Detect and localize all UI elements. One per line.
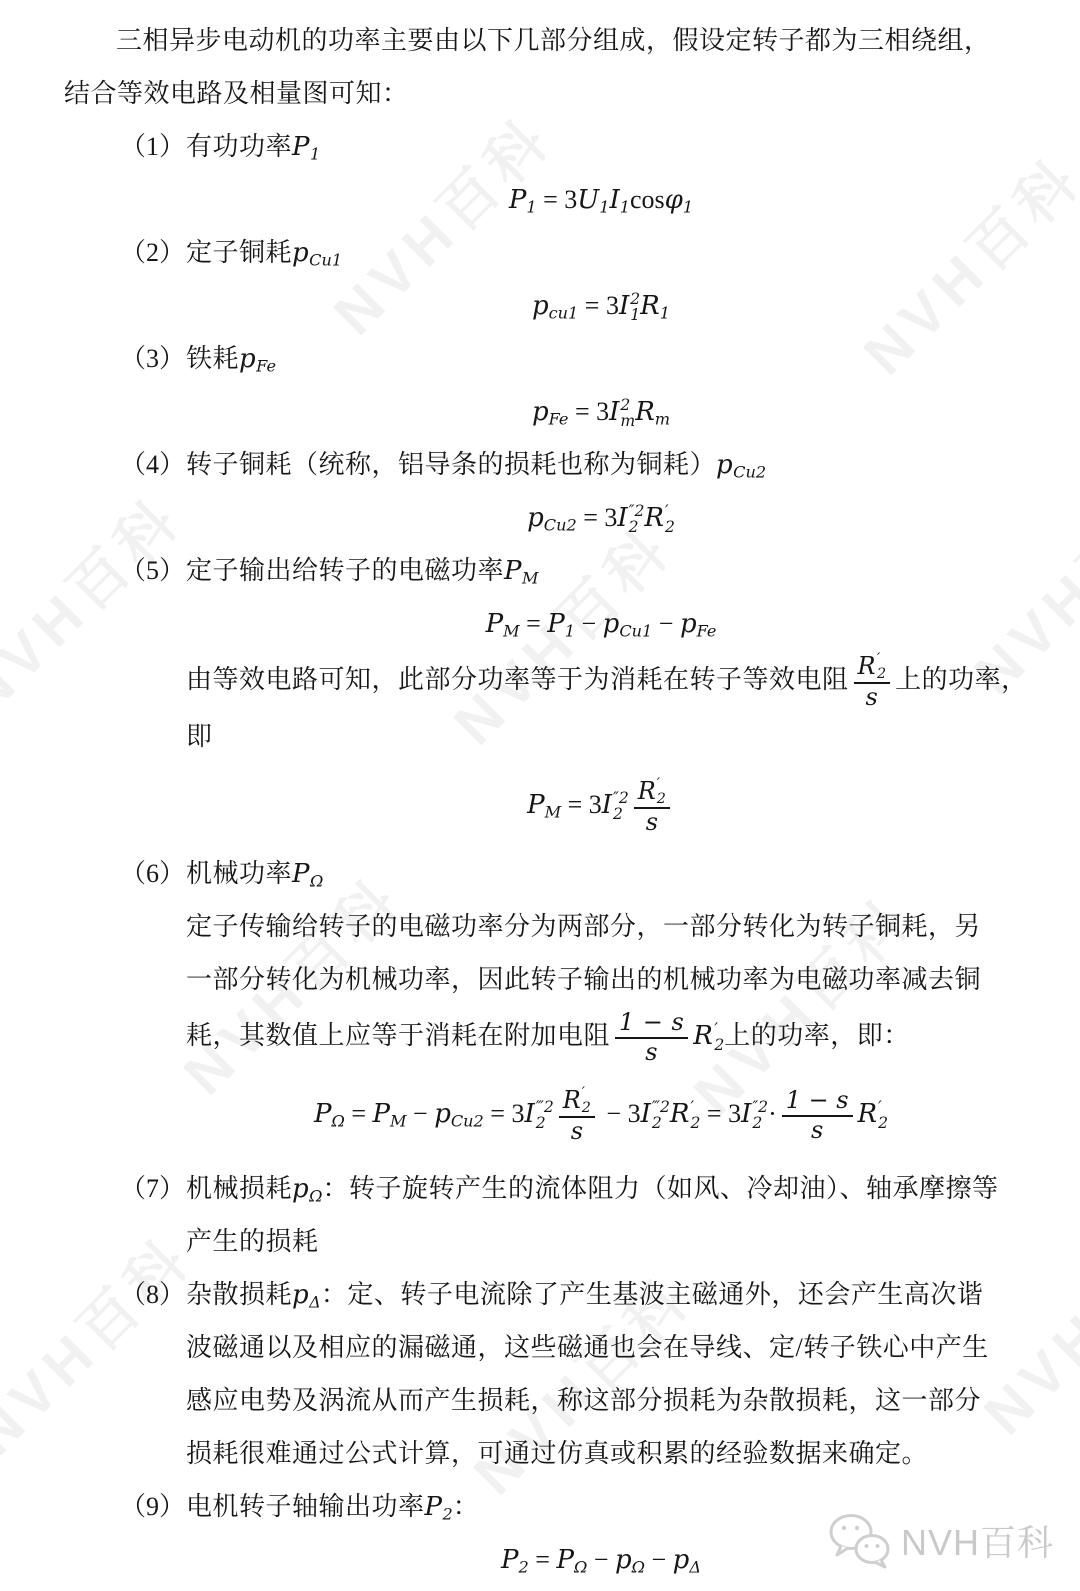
inline-fraction: R′2s <box>634 777 670 837</box>
item-number: （8） <box>120 1268 186 1321</box>
text-line: 三相异步电动机的功率主要由以下几部分组成，假设定转子都为三相绕组， <box>64 14 1016 67</box>
item-number: （7） <box>120 1162 186 1215</box>
formula-line: PM = P1 − pCu1 − pFe <box>64 597 1016 650</box>
item-number: （4） <box>120 438 186 491</box>
text-line: 定子传输给转子的电磁功率分为两部分，一部分转化为转子铜耗，另 <box>64 900 1016 953</box>
brand-watermark: NVH百科 <box>827 1511 1054 1569</box>
document-content: 三相异步电动机的功率主要由以下几部分组成，假设定转子都为三相绕组，结合等效电路及… <box>64 14 1016 1586</box>
text-line: 波磁通以及相应的漏磁通，这些磁通也会在导线、定/转子铁心中产生 <box>64 1321 1016 1374</box>
formula-line: PM = 3I″22R′2s <box>64 763 1016 847</box>
brand-text: NVH百科 <box>901 1515 1054 1566</box>
text-line: 耗，其数值上应等于消耗在附加电阻1 − ssR′2上的功率，即： <box>64 1006 1016 1066</box>
text-line: 产生的损耗 <box>64 1215 1016 1268</box>
list-item: （6）机械功率PΩ <box>64 847 1016 900</box>
inline-fraction: 1 − ss <box>782 1087 853 1145</box>
item-number: （9） <box>120 1480 186 1533</box>
list-item: （8）杂散损耗pΔ：定、转子电流除了产生基波主磁通外，还会产生高次谐 <box>64 1268 1016 1321</box>
list-item: （2）定子铜耗pCu1 <box>64 226 1016 279</box>
formula-line: P1 = 3U1I1cosφ1 <box>64 173 1016 226</box>
item-number: （2） <box>120 226 186 279</box>
text-line: 结合等效电路及相量图可知： <box>64 67 1016 120</box>
inline-fraction: R′2s <box>854 652 891 712</box>
item-number: （1） <box>120 120 186 173</box>
item-number: （5） <box>120 544 186 597</box>
formula-line: PΩ = PM − pCu2 = 3I‴22R′2s − 3I‴22R′2 = … <box>64 1066 1016 1162</box>
wechat-icon <box>827 1511 893 1569</box>
formula-line: pFe = 3I2mRm <box>64 385 1016 438</box>
formula-line: pCu2 = 3I″22R′2 <box>64 491 1016 544</box>
list-item: （4）转子铜耗（统称，铝导条的损耗也称为铜耗）pCu2 <box>64 438 1016 491</box>
text-line: 感应电势及涡流从而产生损耗，称这部分损耗为杂散损耗，这一部分 <box>64 1374 1016 1427</box>
item-number: （6） <box>120 847 186 900</box>
list-item: （1）有功功率P1 <box>64 120 1016 173</box>
list-item: （5）定子输出给转子的电磁功率PM <box>64 544 1016 597</box>
text-line: 一部分转化为机械功率，因此转子输出的机械功率为电磁功率减去铜 <box>64 953 1016 1006</box>
text-line: 即 <box>64 710 1016 763</box>
text-line: 损耗很难通过公式计算，可通过仿真或积累的经验数据来确定。 <box>64 1427 1016 1480</box>
list-item: （3）铁耗pFe <box>64 332 1016 385</box>
document-page: NVH百科NVH百科NVH百科NVH百科NVH百科NVH百科NVH百科NVH百科… <box>0 0 1080 1591</box>
list-item: （7）机械损耗pΩ：转子旋转产生的流体阻力（如风、冷却油）、轴承摩擦等 <box>64 1162 1016 1215</box>
formula-line: pcu1 = 3I21R1 <box>64 279 1016 332</box>
inline-fraction: R′2s <box>559 1086 595 1146</box>
inline-fraction: 1 − ss <box>615 1009 688 1067</box>
item-number: （3） <box>120 332 186 385</box>
text-line: 由等效电路可知，此部分功率等于为消耗在转子等效电阻R′2s上的功率， <box>64 650 1016 710</box>
